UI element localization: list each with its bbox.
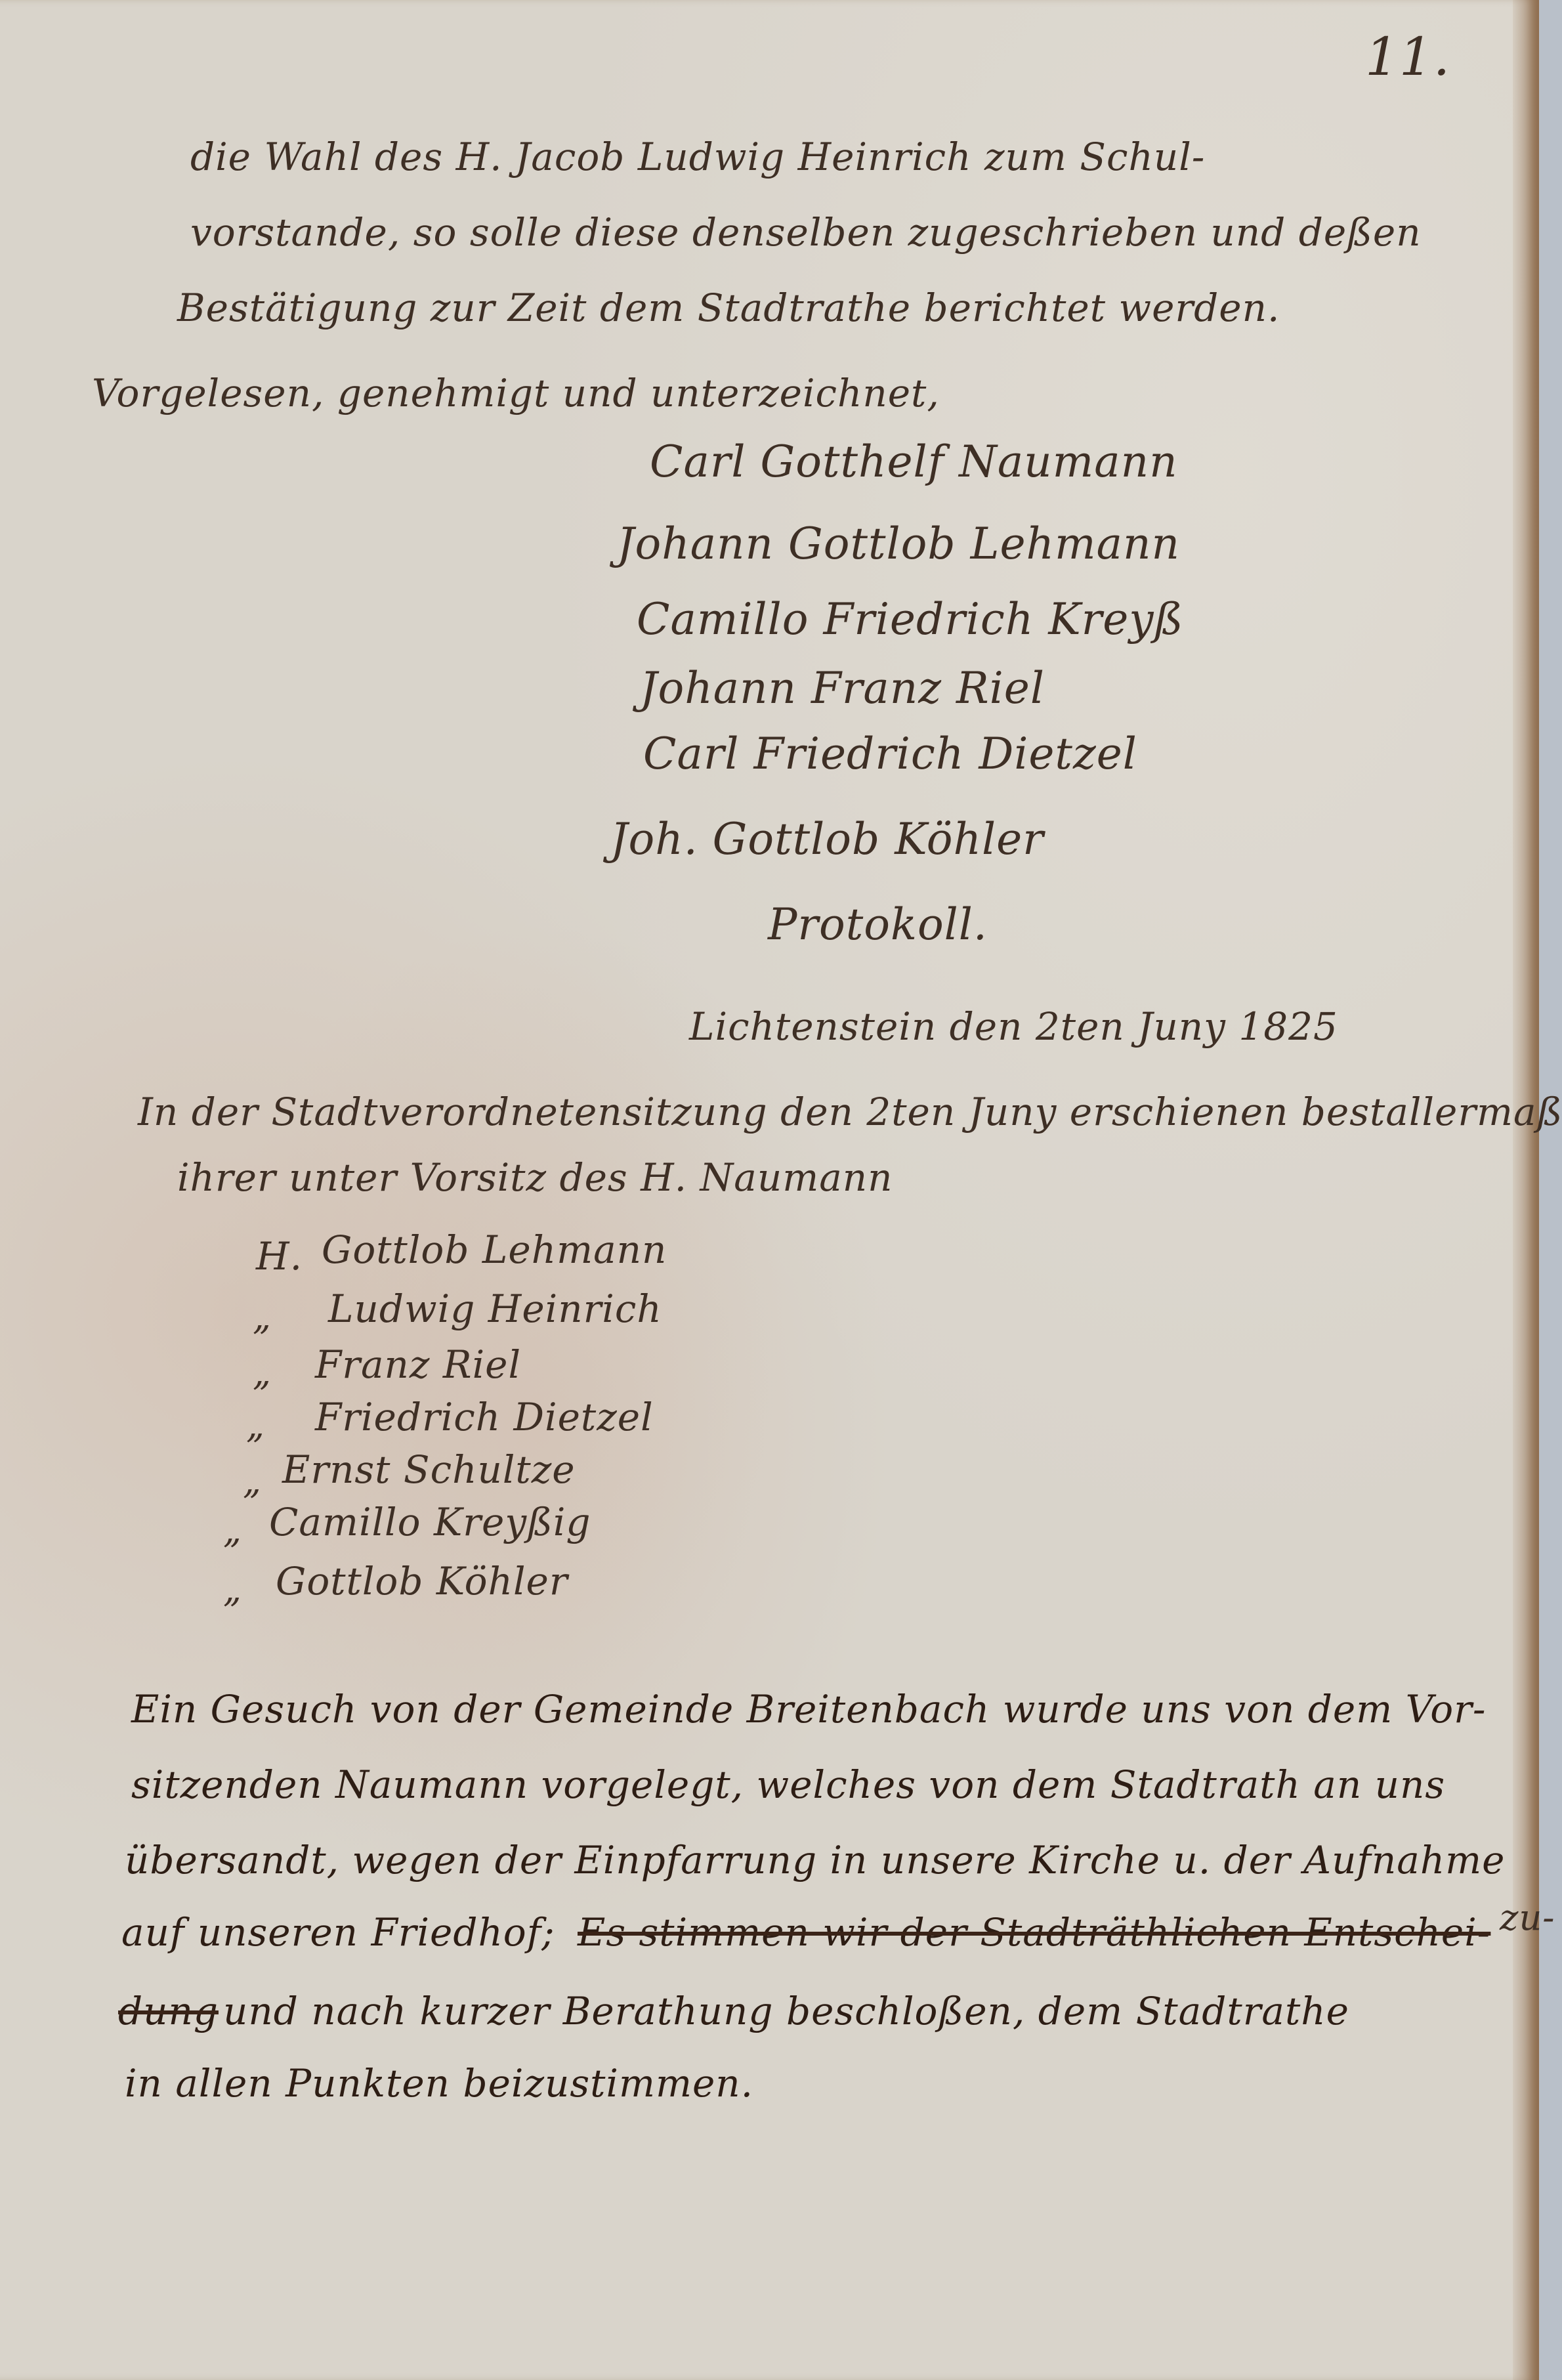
page-edge-stain xyxy=(1513,0,1539,2380)
attendee-prefix: H. xyxy=(256,1234,303,1279)
attendee-prefix: „ xyxy=(253,1352,272,1393)
page-number: 11. xyxy=(1365,26,1450,87)
date-line: Lichtenstein den 2ten Juny 1825 xyxy=(689,1004,1338,1049)
attendee-prefix: „ xyxy=(253,1296,272,1338)
text-line: in allen Punkten beizustimmen. xyxy=(125,2061,753,2106)
signature: Carl Friedrich Dietzel xyxy=(643,729,1137,779)
attendee-name: Ernst Schultze xyxy=(282,1447,576,1492)
struck-text: Es stimmen wir der Stadträthlichen Entsc… xyxy=(578,1910,1490,1955)
text-line: vorstande, so solle diese denselben zuge… xyxy=(190,210,1422,255)
text-line: sitzenden Naumann vorgelegt, welches von… xyxy=(131,1762,1445,1807)
text-line: Bestätigung zur Zeit dem Stadtrathe beri… xyxy=(177,286,1280,330)
signature: Camillo Friedrich Kreyß xyxy=(637,594,1184,645)
signature: Carl Gotthelf Naumann xyxy=(650,436,1178,487)
attendee-prefix: „ xyxy=(243,1460,262,1502)
attendee-name: Ludwig Heinrich xyxy=(328,1286,662,1331)
text-line: ihrer unter Vorsitz des H. Naumann xyxy=(177,1155,893,1200)
attendee-prefix: „ xyxy=(246,1405,265,1446)
struck-text: dung xyxy=(118,1989,219,2033)
attendee-name: Camillo Kreyßig xyxy=(269,1500,591,1544)
text-line: Vorgelesen, genehmigt und unterzeichnet, xyxy=(92,371,940,415)
attendee-name: Gottlob Köhler xyxy=(276,1559,568,1604)
signature: Johann Gottlob Lehmann xyxy=(617,519,1180,569)
attendee-prefix: „ xyxy=(223,1569,242,1610)
text-line: Ein Gesuch von der Gemeinde Breitenbach … xyxy=(131,1687,1486,1732)
signature: Joh. Gottlob Köhler xyxy=(610,814,1044,864)
text-line: und nach kurzer Berathung beschloßen, de… xyxy=(223,1989,1349,2033)
text-line: übersandt, wegen der Einpfarrung in unse… xyxy=(125,1838,1506,1882)
margin-insert: zu- xyxy=(1500,1897,1555,1938)
text-line: die Wahl des H. Jacob Ludwig Heinrich zu… xyxy=(190,135,1205,179)
signature: Johann Franz Riel xyxy=(640,663,1045,713)
attendee-prefix: „ xyxy=(223,1510,242,1551)
text-line: In der Stadtverordnetensitzung den 2ten … xyxy=(138,1090,1562,1134)
manuscript-page: 11. die Wahl des H. Jacob Ludwig Heinric… xyxy=(0,0,1539,2380)
attendee-name: Gottlob Lehmann xyxy=(322,1227,667,1272)
attendee-name: Friedrich Dietzel xyxy=(315,1395,654,1439)
protocol-heading: Protokoll. xyxy=(768,899,988,950)
attendee-name: Franz Riel xyxy=(315,1342,521,1387)
text-line: auf unseren Friedhof; xyxy=(121,1910,555,1955)
